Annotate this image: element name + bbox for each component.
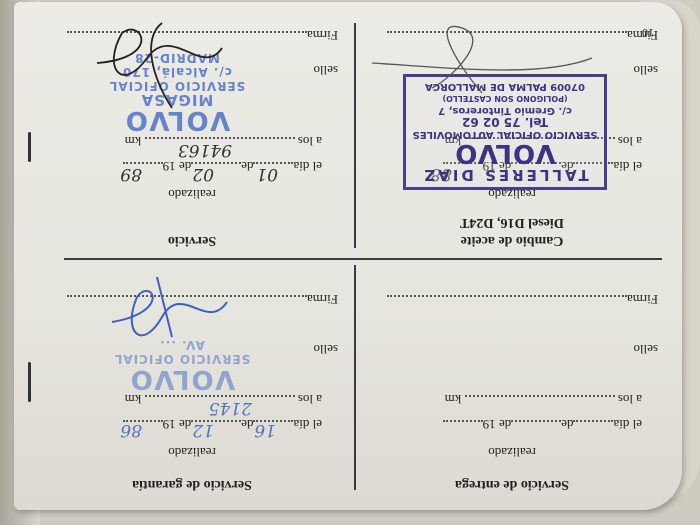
signature-field[interactable]: Firma (387, 291, 658, 307)
done-label: realizado (42, 186, 342, 202)
done-label: realizado (362, 444, 662, 460)
done-label: realizado (42, 444, 342, 460)
handwritten-year: 86 (120, 420, 142, 440)
vertical-divider-bottom (354, 23, 356, 248)
block-title-line2: Diesel D16, D24T (362, 214, 662, 230)
handwritten-year: 89 (120, 164, 142, 184)
horizontal-divider (64, 258, 662, 260)
block-warranty-service: Servicio de garantía realizado el díaded… (42, 272, 342, 492)
block-title: Servicio de entrega (362, 476, 662, 492)
handwritten-day: 16 (254, 420, 276, 440)
handwritten-km: 94163 (178, 140, 232, 160)
block-title-line1: Cambio de aceite (362, 232, 662, 248)
block-service: Servicio realizado el díadede 19 01 02 8… (42, 28, 342, 248)
km-field[interactable]: a los km (445, 391, 642, 407)
handwritten-month: 12 (192, 420, 214, 440)
block-delivery-service: Servicio de entrega realizado el díadede… (362, 272, 662, 492)
signature-scribble (102, 272, 232, 342)
block-title: Servicio (42, 232, 342, 248)
signature-scribble (362, 18, 602, 98)
date-field[interactable]: el díadede 19 (123, 416, 322, 432)
handwritten-month: 02 (192, 164, 214, 184)
seal-label: sello (633, 62, 658, 78)
block-oil-change: Cambio de aceite Diesel D16, D24T realiz… (362, 28, 662, 248)
seal-label: sello (313, 62, 338, 78)
handwritten-km: 2145 (209, 398, 252, 418)
signature-scribble (92, 18, 232, 118)
dealer-stamp-blue: VOLVO SERVICIO OFICIAL AV. ... (102, 338, 262, 392)
handwritten-day: 01 (256, 164, 278, 184)
booklet-page: 10 Servicio de entrega realizado el díad… (14, 2, 682, 510)
date-field[interactable]: el díadede 19 (443, 416, 642, 432)
seal-label: sello (633, 341, 658, 357)
seal-label: sello (313, 341, 338, 357)
page-content-rotated: 10 Servicio de entrega realizado el díad… (14, 2, 682, 510)
vertical-divider-top (354, 265, 356, 490)
date-field[interactable]: el díadede 19 (123, 158, 322, 174)
block-title: Servicio de garantía (42, 476, 342, 492)
